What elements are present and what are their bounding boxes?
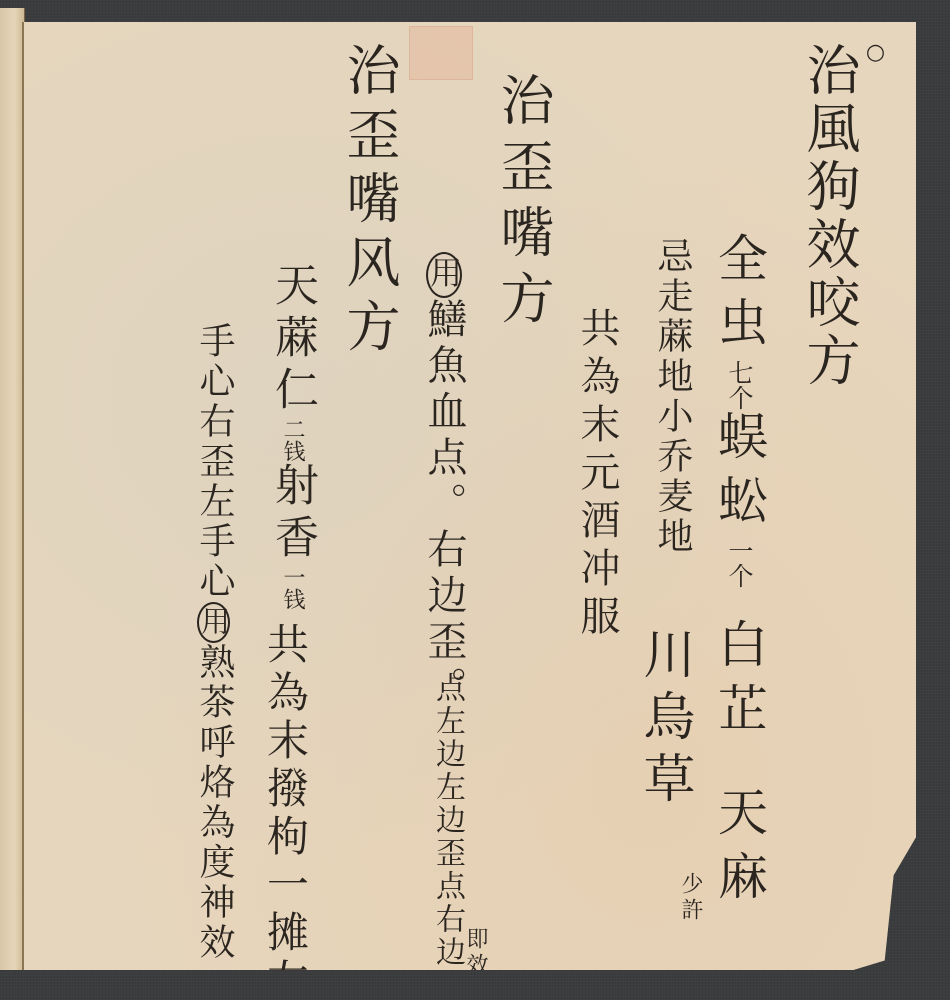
instruction-text: 点左边左边歪点右边 — [430, 672, 465, 969]
column-1-heading: 治風狗效咬方 — [802, 42, 856, 390]
column-8-ingredients: 天蔴仁二钱射香一钱 — [270, 262, 314, 610]
instruction-text: 共為末元酒冲服 — [574, 307, 620, 643]
column-8-instructions: 共為末撥枸一摊左 — [264, 622, 306, 1000]
ingredient: 草 — [634, 751, 694, 813]
ingredient-quantity: 七个 — [725, 360, 754, 410]
ingredient: 白芷 — [710, 618, 768, 746]
heading-text: 治風狗效咬方 — [798, 42, 861, 390]
ingredient-quantity: 少許 — [679, 872, 701, 924]
ingredient: 射香 — [267, 462, 318, 566]
instruction-text: 手心右歪左手心 — [194, 322, 235, 602]
column-3-note: 忌走蔴地小乔麦地 — [654, 237, 690, 557]
instruction-text: 共為末撥枸一摊左 — [261, 622, 310, 1000]
ingredient-quantity: 二钱 — [280, 418, 305, 462]
circled-character: 用 — [197, 602, 230, 643]
column-4-instructions: 共為末元酒冲服 — [577, 307, 617, 643]
column-6-instructions: 用鱔魚血点。右边歪。 — [424, 252, 464, 712]
ingredient: 蜈蚣 — [710, 410, 768, 538]
column-2-ingredients: 全虫七个蜈蚣一个白芷天麻 — [714, 232, 764, 914]
ingredient: 天蔴仁 — [267, 262, 318, 418]
ingredient: 全虫 — [710, 232, 768, 360]
column-7-heading: 治歪嘴风方 — [342, 42, 396, 362]
left-page-edge — [0, 8, 25, 970]
instruction-text: 熟茶呼烙為度神效 — [194, 643, 235, 963]
seal-mark — [409, 26, 473, 80]
column-6-instructions-continued: 点左边左边歪点右边 — [432, 672, 462, 969]
heading-text: 治歪嘴方 — [492, 72, 555, 336]
circled-character: 用 — [426, 252, 462, 298]
column-3-ingredients: 川烏草 — [638, 627, 690, 813]
manuscript-page: 治風狗效咬方 ○ 全虫七个蜈蚣一个白芷天麻 忌走蔴地小乔麦地 川烏草 少許 共為… — [22, 22, 916, 970]
ingredient-quantity: 一个 — [725, 538, 754, 588]
ingredient: 天麻 — [710, 786, 768, 914]
heading-text: 治歪嘴风方 — [338, 42, 401, 362]
ingredient: 川烏 — [634, 627, 694, 751]
column-5-heading: 治歪嘴方 — [496, 72, 550, 336]
circle-annotation: ○ — [864, 40, 886, 69]
column-9-instructions: 手心右歪左手心用熟茶呼烙為度神效 — [196, 322, 232, 963]
ingredient-quantity: 一钱 — [280, 566, 305, 610]
instruction-text: 鱔魚血点。右边歪。 — [421, 298, 467, 712]
prohibition-note: 忌走蔴地小乔麦地 — [652, 237, 693, 557]
